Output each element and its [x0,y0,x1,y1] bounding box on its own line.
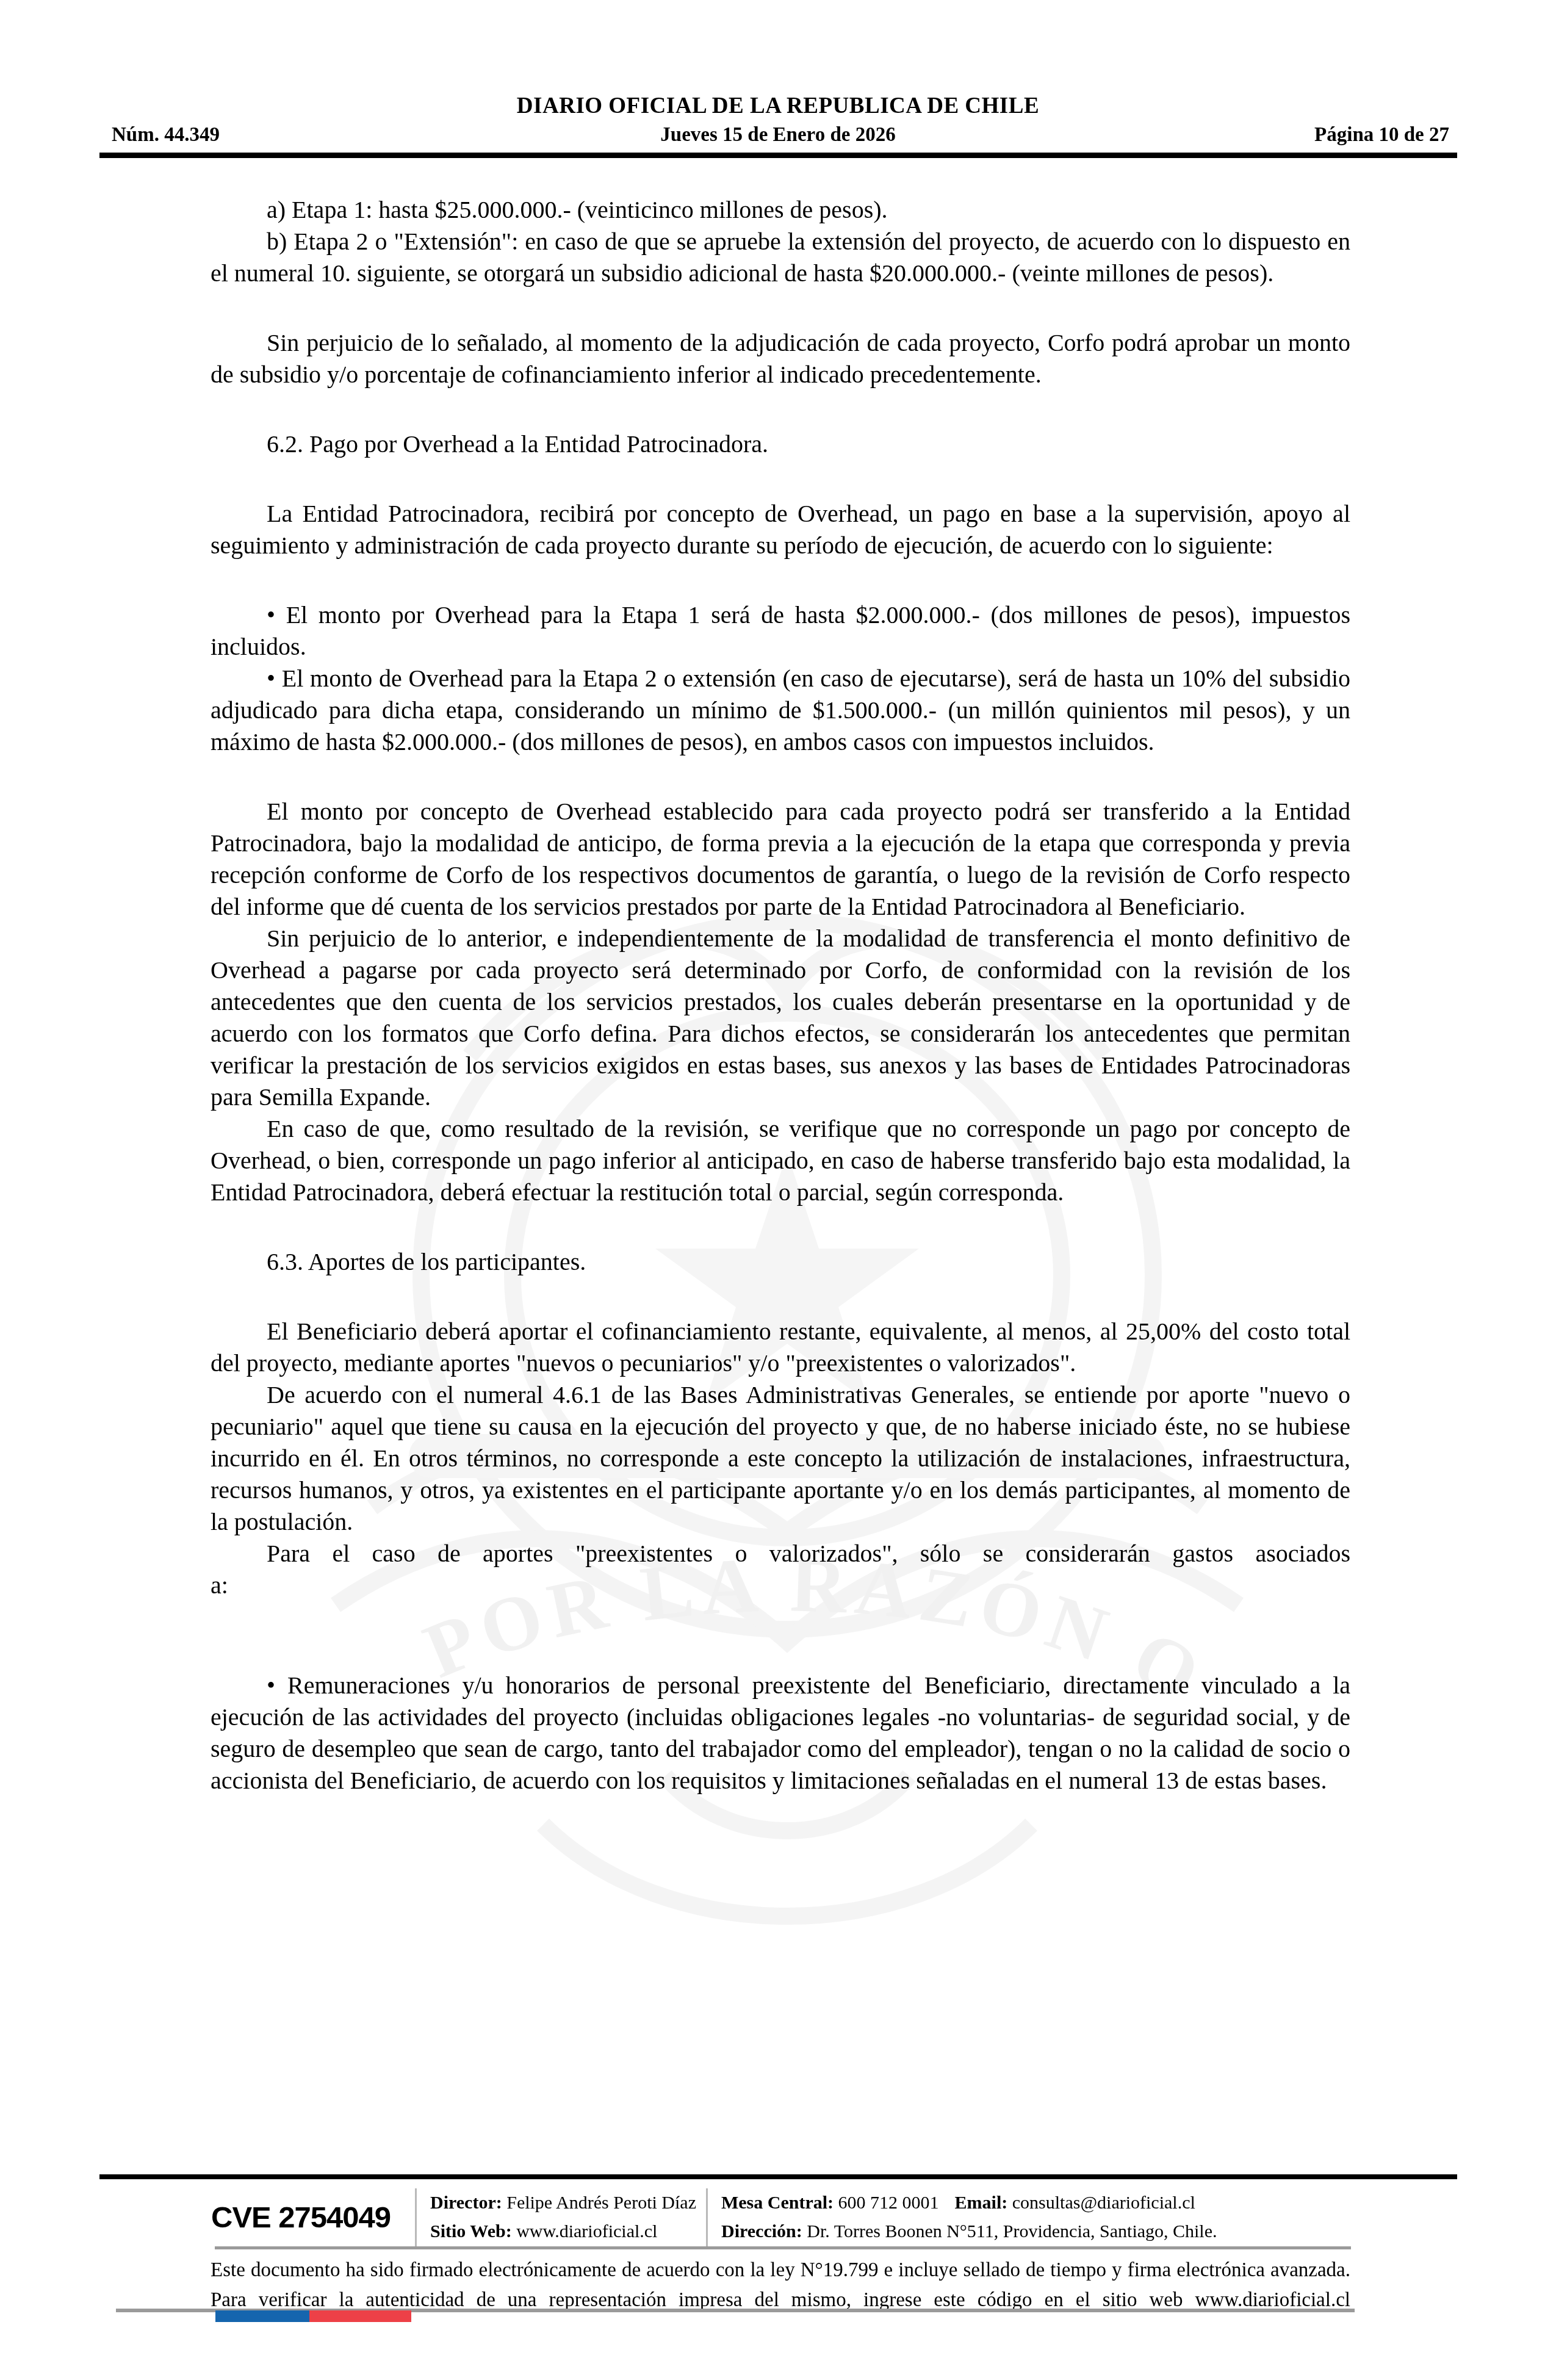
body-paragraph: a) Etapa 1: hasta $25.000.000.- (veintic… [211,194,1350,226]
body-paragraph: 6.3. Aportes de los participantes. [211,1246,1350,1278]
phone-email-line: Mesa Central: 600 712 0001Email: consult… [721,2188,1217,2217]
footer-separator-rule [215,2246,1351,2249]
issue-number: Núm. 44.349 [112,124,220,146]
website-url[interactable]: www.diarioficial.cl [516,2221,657,2241]
address-value: Dr. Torres Boonen N°511, Providencia, Sa… [807,2221,1217,2241]
email-label: Email: [955,2193,1008,2213]
body-paragraph: • El monto por Overhead para la Etapa 1 … [211,599,1350,663]
director-line: Director: Felipe Andrés Peroti Díaz [430,2188,696,2217]
body-paragraph: b) Etapa 2 o "Extensión": en caso de que… [211,226,1350,289]
footer-divider-1 [415,2188,417,2247]
footer-contact-column: Mesa Central: 600 712 0001Email: consult… [721,2188,1217,2247]
body-paragraph: De acuerdo con el numeral 4.6.1 de las B… [211,1379,1350,1538]
director-name: Felipe Andrés Peroti Díaz [506,2193,696,2213]
email-address[interactable]: consultas@diarioficial.cl [1012,2193,1195,2213]
body-paragraph: Sin perjuicio de lo anterior, e independ… [211,923,1350,1113]
document-body: a) Etapa 1: hasta $25.000.000.- (veintic… [211,194,1350,1797]
header-rule [99,153,1457,158]
cve-code: CVE 2754049 [211,2204,405,2232]
body-paragraph: En caso de que, como resultado de la rev… [211,1113,1350,1208]
flag-red-bar [309,2310,411,2322]
phone-number: 600 712 0001 [838,2193,939,2213]
page-indicator: Página 10 de 27 [1314,124,1449,146]
body-paragraph: El monto por concepto de Overhead establ… [211,796,1350,923]
body-paragraph: a: [211,1570,1350,1601]
flag-blue-bar [215,2310,309,2322]
body-paragraph: • Remuneraciones y/u honorarios de perso… [211,1670,1350,1797]
legal-disclaimer: Este documento ha sido firmado electróni… [211,2256,1350,2315]
body-paragraph: • El monto de Overhead para la Etapa 2 o… [211,663,1350,758]
footer-top-rule [99,2174,1457,2179]
website-label: Sitio Web: [430,2221,512,2241]
body-paragraph: Para el caso de aportes "preexistentes o… [211,1538,1350,1570]
document-page: POR LA RAZÓN O LA FUERZA DIARIO OFICIAL … [0,0,1556,2380]
body-paragraph: Sin perjuicio de lo señalado, al momento… [211,327,1350,391]
body-paragraph: El Beneficiario deberá aportar el cofina… [211,1316,1350,1379]
body-paragraph: La Entidad Patrocinadora, recibirá por c… [211,498,1350,561]
director-label: Director: [430,2193,502,2213]
footer-director-column: Director: Felipe Andrés Peroti Díaz Siti… [430,2188,696,2247]
address-line: Dirección: Dr. Torres Boonen N°511, Prov… [721,2217,1217,2246]
publication-title: DIARIO OFICIAL DE LA REPUBLICA DE CHILE [0,93,1556,119]
footer-info-block: CVE 2754049 Director: Felipe Andrés Pero… [211,2188,1353,2247]
address-label: Dirección: [721,2221,802,2241]
footer-divider-2 [706,2188,708,2247]
website-line: Sitio Web: www.diarioficial.cl [430,2217,696,2246]
body-paragraph: 6.2. Pago por Overhead a la Entidad Patr… [211,428,1350,460]
publication-date: Jueves 15 de Enero de 2026 [660,124,895,146]
header-meta-row: Núm. 44.349 Jueves 15 de Enero de 2026 P… [101,124,1455,150]
phone-label: Mesa Central: [721,2193,834,2213]
